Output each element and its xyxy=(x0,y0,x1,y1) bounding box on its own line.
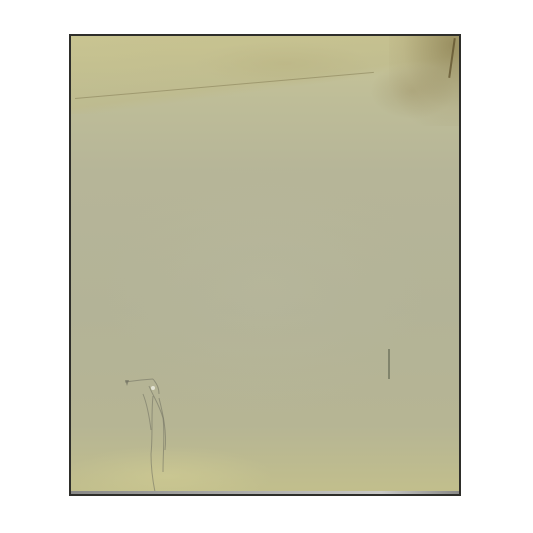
book-cover xyxy=(69,34,461,496)
scan-background xyxy=(0,0,533,533)
pencil-figure-sketch xyxy=(123,374,183,494)
stain-edge-line xyxy=(75,72,374,99)
pencil-mark xyxy=(388,349,390,379)
cover-bottom-edge xyxy=(71,491,459,494)
corner-wear xyxy=(389,36,459,126)
